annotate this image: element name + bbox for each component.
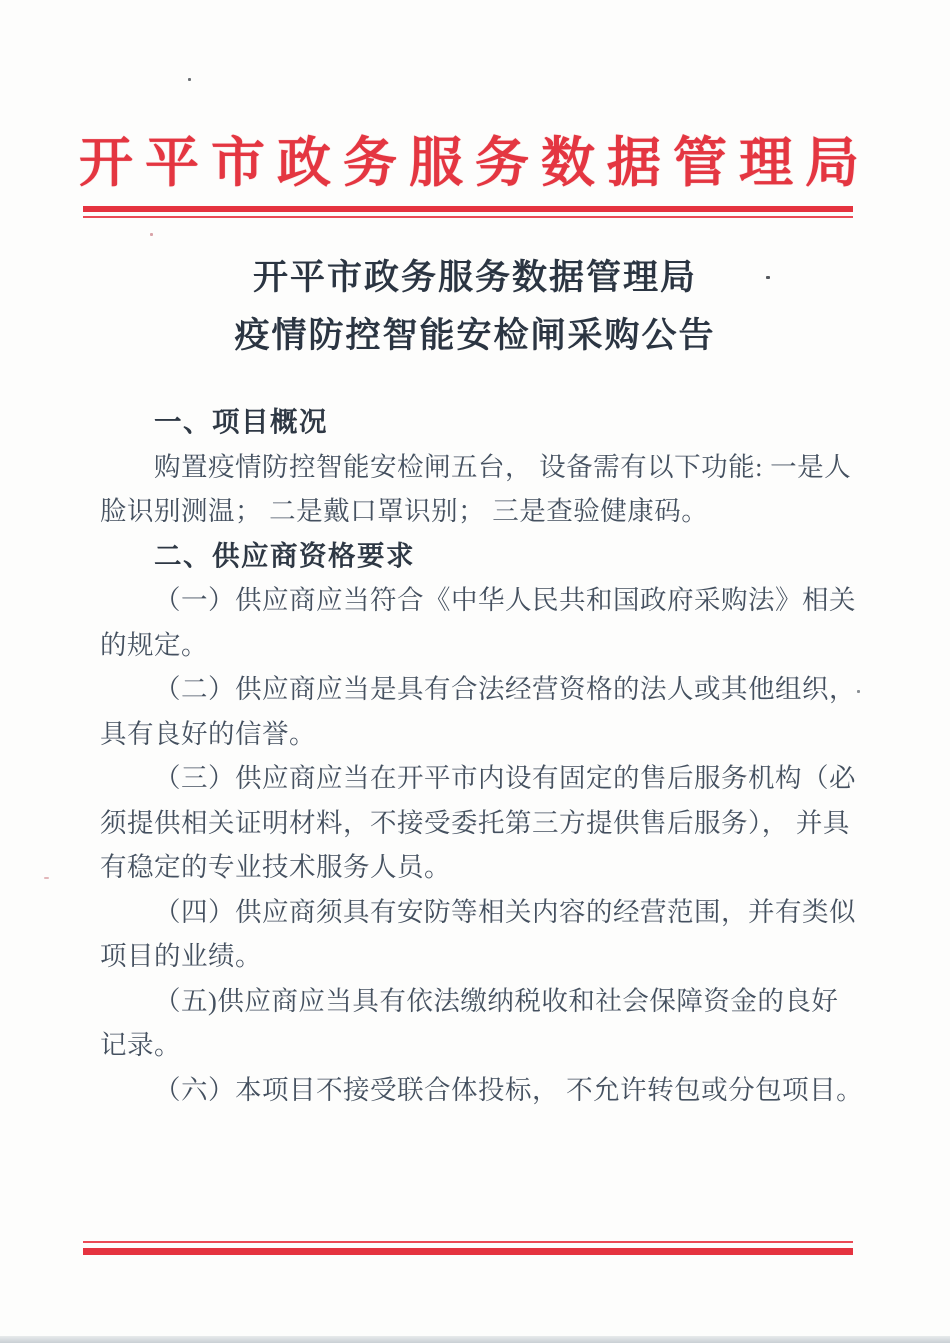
document-title-line1: 开平市政务服务数据管理局: [0, 249, 950, 307]
letterhead-rule-thick: [83, 206, 853, 212]
body-line: （五)供应商应当具有依法缴纳税收和社会保障资金的良好: [100, 979, 870, 1024]
section-heading-project-overview: 一、项目概况: [100, 400, 870, 445]
scan-speck: [188, 78, 191, 81]
body-line: 具有良好的信誉。: [100, 712, 870, 757]
section-heading-supplier-qualifications: 二、供应商资格要求: [100, 534, 870, 579]
scan-speck: [44, 877, 49, 879]
body-line: （六）本项目不接受联合体投标， 不允许转包或分包项目。: [100, 1068, 870, 1113]
scan-speck: [766, 276, 770, 279]
body-line: 项目的业绩。: [100, 934, 870, 979]
footer-rule-thick: [83, 1248, 853, 1255]
letterhead-title: 开平市政务服务数据管理局: [0, 123, 950, 203]
body-line: （二）供应商应当是具有合法经营资格的法人或其他组织，: [100, 667, 870, 712]
body-line: 的规定。: [100, 623, 870, 668]
footer-rule: [83, 1241, 853, 1255]
letterhead-rule: [83, 206, 853, 218]
document-title-line2: 疫情防控智能安检闸采购公告: [0, 307, 950, 365]
body-line: 有稳定的专业技术服务人员。: [100, 845, 870, 890]
body-line: （三）供应商应当在开平市内设有固定的售后服务机构（必: [100, 756, 870, 801]
letterhead-rule-thin: [83, 216, 853, 218]
document-page: 开平市政务服务数据管理局 开平市政务服务数据管理局 疫情防控智能安检闸采购公告 …: [0, 0, 950, 1343]
scan-speck: [857, 690, 860, 693]
scan-speck: [150, 233, 153, 236]
body-line: 购置疫情防控智能安检闸五台， 设备需有以下功能: 一是人: [100, 445, 870, 490]
body-line: （一）供应商应当符合《中华人民共和国政府采购法》相关: [100, 578, 870, 623]
body-line: 须提供相关证明材料，不接受委托第三方提供售后服务）， 并具: [100, 801, 870, 846]
document-body: 一、项目概况 购置疫情防控智能安检闸五台， 设备需有以下功能: 一是人 脸识别测…: [100, 400, 870, 1112]
body-line: （四）供应商须具有安防等相关内容的经营范围，并有类似: [100, 890, 870, 935]
body-line: 脸识别测温； 二是戴口罩识别； 三是查验健康码。: [100, 489, 870, 534]
body-line: 记录。: [100, 1023, 870, 1068]
scanner-edge-shadow: [0, 1336, 950, 1343]
footer-rule-thin: [83, 1241, 853, 1243]
document-title: 开平市政务服务数据管理局 疫情防控智能安检闸采购公告: [0, 249, 950, 365]
